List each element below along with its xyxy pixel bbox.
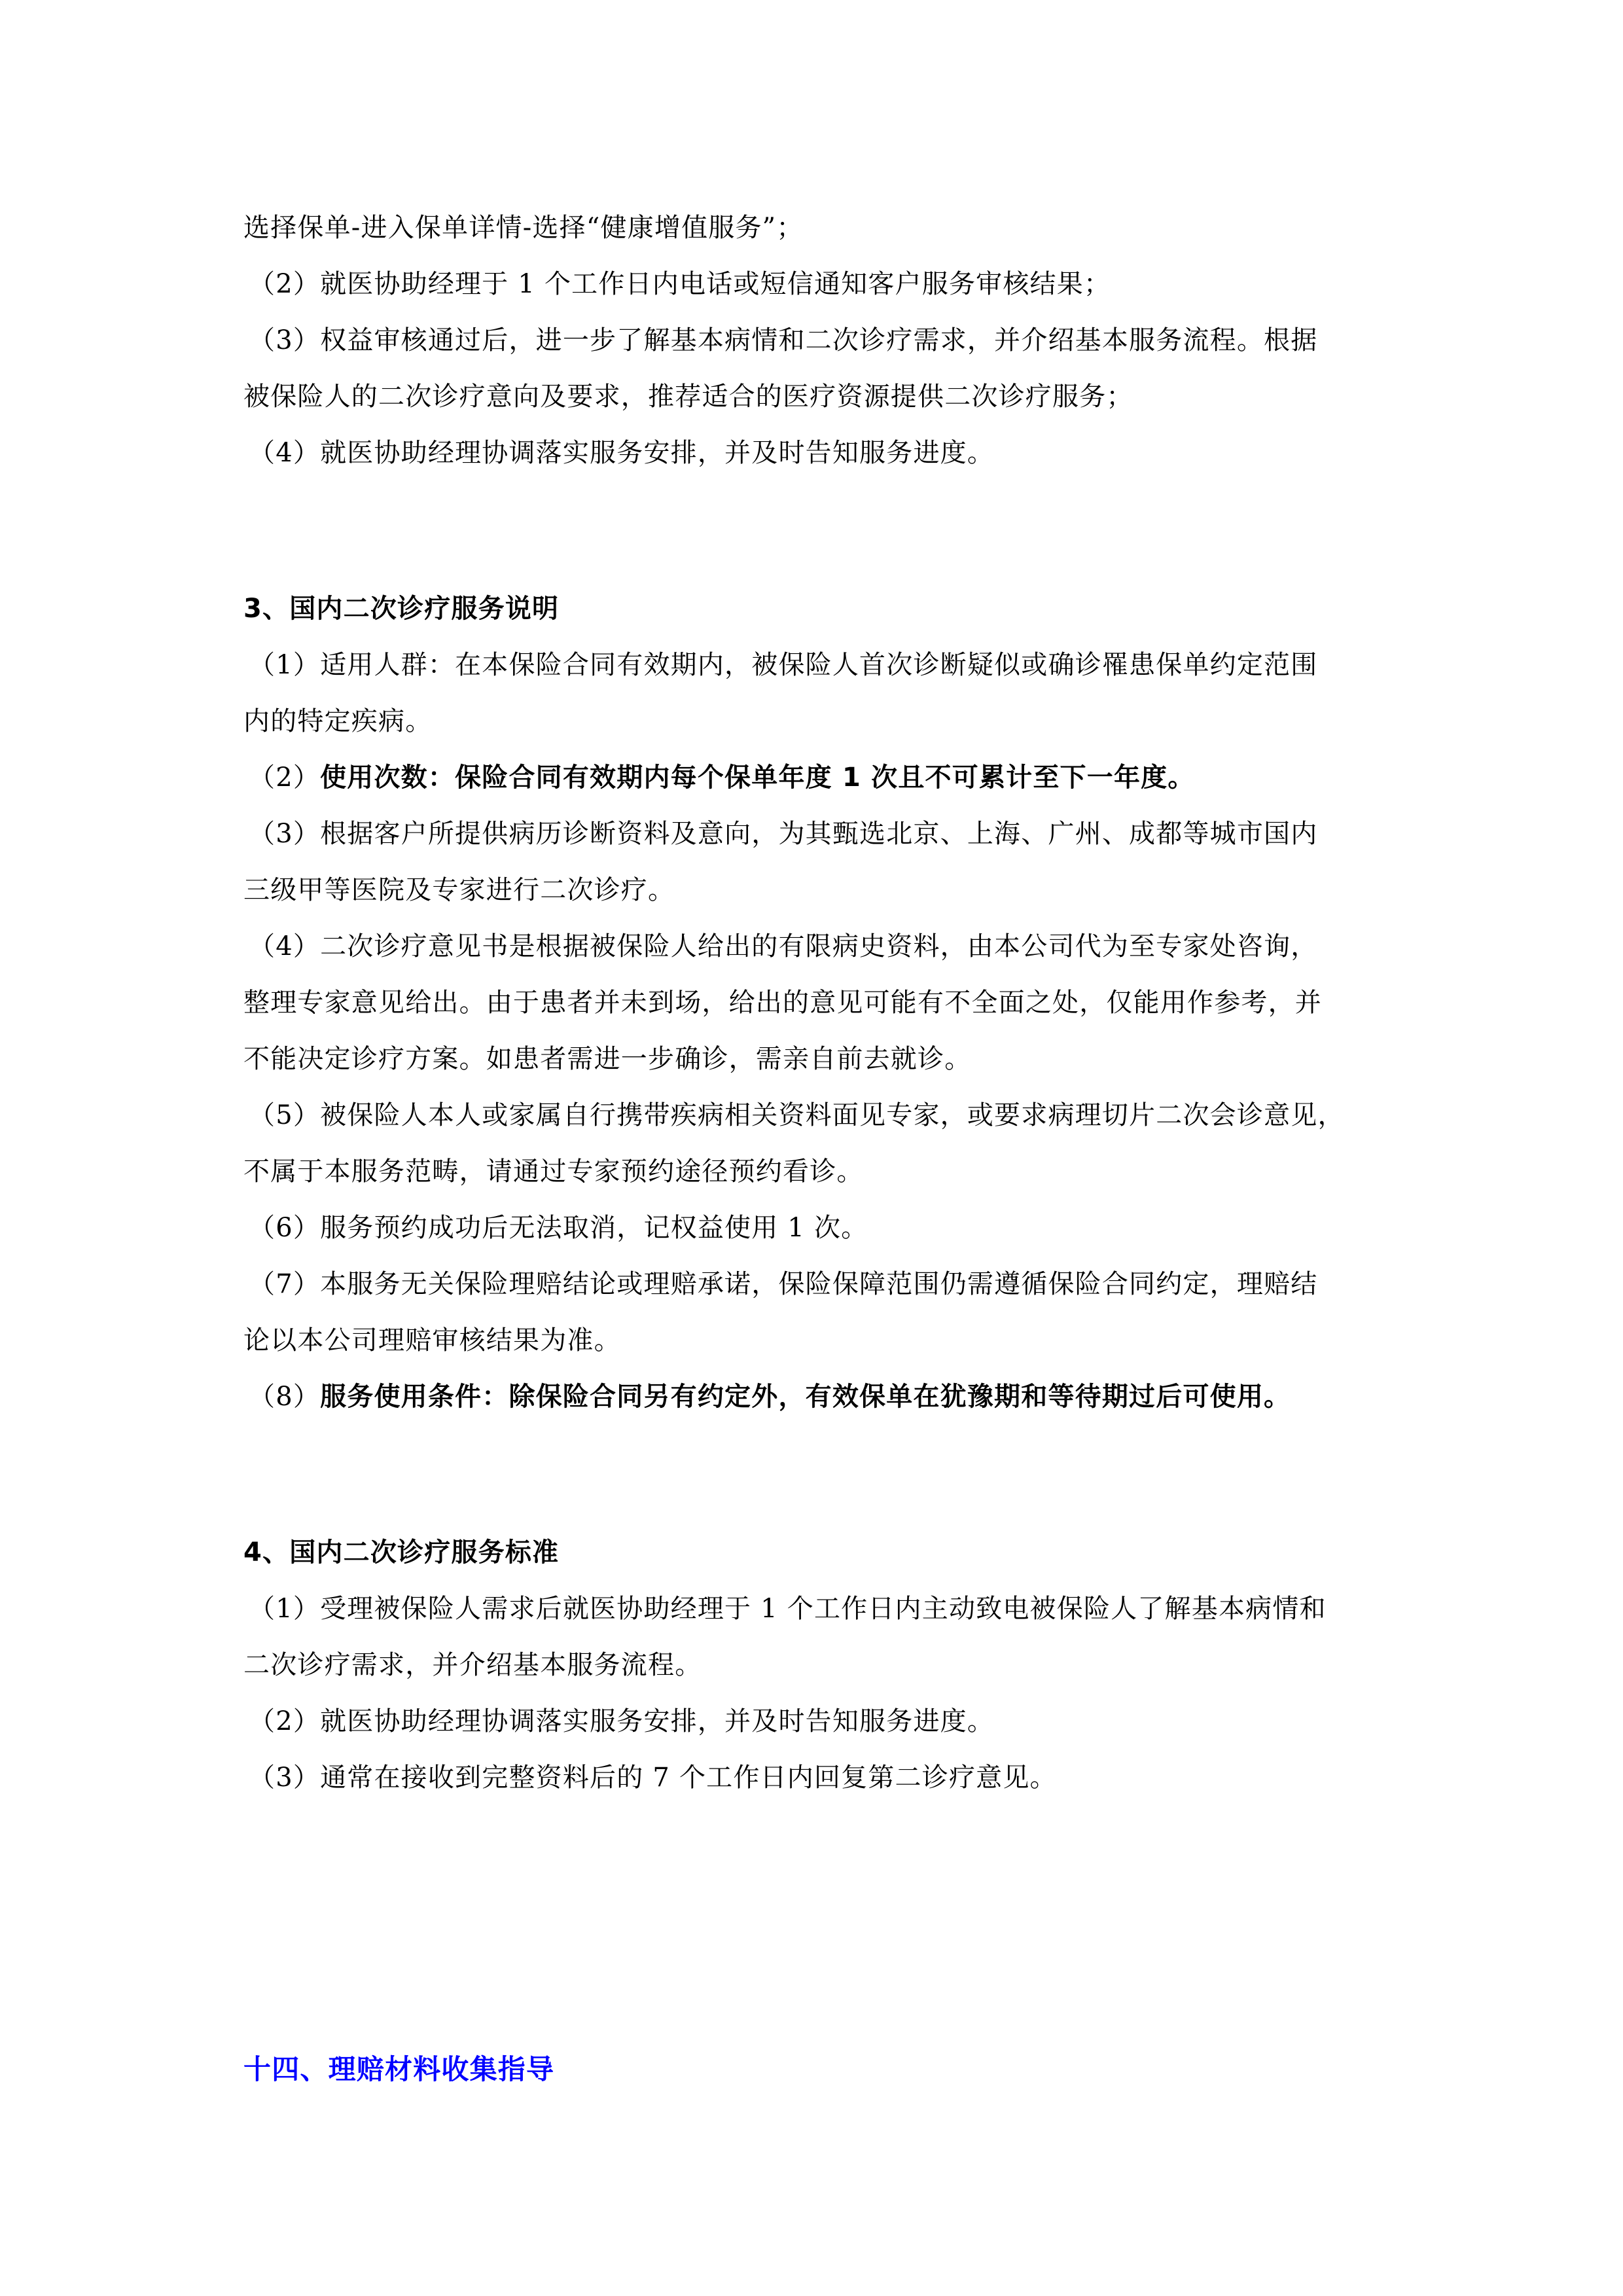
item-text: 二次诊疗意见书是根据被保险人给出的有限病史资料，由本公司代为至专家处咨询， bbox=[320, 931, 1317, 961]
list-item: （7）本服务无关保险理赔结论或理赔承诺，保险保障范围仍需遵循保险合同约定，理赔结 bbox=[249, 1266, 1370, 1302]
item-number: （2） bbox=[249, 762, 320, 793]
item-number: （4） bbox=[249, 438, 320, 468]
item-number: （8） bbox=[249, 1382, 320, 1412]
paragraph-line: 不属于本服务范畴，请通过专家预约途径预约看诊。 bbox=[243, 1153, 1365, 1190]
item-number: （7） bbox=[249, 1269, 320, 1299]
item-number: （2） bbox=[249, 1706, 320, 1736]
list-item: （2）就医协助经理于 1 个工作日内电话或短信通知客户服务审核结果； bbox=[249, 266, 1370, 302]
list-item: （2）就医协助经理协调落实服务安排，并及时告知服务进度。 bbox=[249, 1703, 1370, 1740]
paragraph-line: 三级甲等医院及专家进行二次诊疗。 bbox=[243, 872, 1365, 908]
list-item: （6）服务预约成功后无法取消，记权益使用 1 次。 bbox=[249, 1210, 1370, 1246]
item-number: （6） bbox=[249, 1213, 320, 1243]
item-text: 适用人群：在本保险合同有效期内，被保险人首次诊断疑似或确诊罹患保单约定范围 bbox=[320, 650, 1317, 680]
paragraph-line: 整理专家意见给出。由于患者并未到场，给出的意见可能有不全面之处，仅能用作参考，并 bbox=[243, 984, 1365, 1021]
list-item: （1）受理被保险人需求后就医协助经理于 1 个工作日内主动致电被保险人了解基本病… bbox=[249, 1590, 1370, 1627]
section-heading: 3、国内二次诊疗服务说明 bbox=[243, 590, 1365, 627]
item-number: （1） bbox=[249, 650, 320, 680]
paragraph-line: 内的特定疾病。 bbox=[243, 703, 1365, 740]
list-item: （4）二次诊疗意见书是根据被保险人给出的有限病史资料，由本公司代为至专家处咨询， bbox=[249, 928, 1370, 965]
paragraph-line: 选择保单-进入保单详情-选择“健康增值服务”； bbox=[243, 209, 1365, 246]
item-text: 根据客户所提供病历诊断资料及意向，为其甄选北京、上海、广州、成都等城市国内 bbox=[320, 819, 1317, 849]
item-text: 就医协助经理协调落实服务安排，并及时告知服务进度。 bbox=[320, 438, 994, 468]
section-heading: 4、国内二次诊疗服务标准 bbox=[243, 1534, 1365, 1571]
paragraph-line: 不能决定诊疗方案。如患者需进一步确诊，需亲自前去就诊。 bbox=[243, 1041, 1365, 1077]
item-text-bold: 服务使用条件：除保险合同另有约定外，有效保单在犹豫期和等待期过后可使用。 bbox=[320, 1382, 1291, 1412]
item-number: （4） bbox=[249, 931, 320, 961]
item-text: 服务预约成功后无法取消，记权益使用 1 次。 bbox=[320, 1213, 868, 1243]
list-item: （3）权益审核通过后，进一步了解基本病情和二次诊疗需求，并介绍基本服务流程。根据 bbox=[249, 322, 1370, 359]
item-number: （3） bbox=[249, 325, 320, 355]
paragraph-line: 论以本公司理赔审核结果为准。 bbox=[243, 1322, 1365, 1359]
item-text: 受理被保险人需求后就医协助经理于 1 个工作日内主动致电被保险人了解基本病情和 bbox=[320, 1594, 1327, 1624]
list-item: （3）通常在接收到完整资料后的 7 个工作日内回复第二诊疗意见。 bbox=[249, 1759, 1370, 1796]
item-number: （3） bbox=[249, 1763, 320, 1793]
list-item: （1）适用人群：在本保险合同有效期内，被保险人首次诊断疑似或确诊罹患保单约定范围 bbox=[249, 647, 1370, 683]
item-text: 通常在接收到完整资料后的 7 个工作日内回复第二诊疗意见。 bbox=[320, 1763, 1057, 1793]
item-text: 本服务无关保险理赔结论或理赔承诺，保险保障范围仍需遵循保险合同约定，理赔结 bbox=[320, 1269, 1317, 1299]
item-text: 权益审核通过后，进一步了解基本病情和二次诊疗需求，并介绍基本服务流程。根据 bbox=[320, 325, 1317, 355]
item-number: （3） bbox=[249, 819, 320, 849]
item-text: 就医协助经理协调落实服务安排，并及时告知服务进度。 bbox=[320, 1706, 994, 1736]
list-item: （2）使用次数：保险合同有效期内每个保单年度 1 次且不可累计至下一年度。 bbox=[249, 759, 1370, 796]
item-text: 被保险人本人或家属自行携带疾病相关资料面见专家，或要求病理切片二次会诊意见， bbox=[320, 1100, 1345, 1130]
item-number: （1） bbox=[249, 1594, 320, 1624]
item-text-bold: 使用次数：保险合同有效期内每个保单年度 1 次且不可累计至下一年度。 bbox=[320, 762, 1194, 793]
item-number: （5） bbox=[249, 1100, 320, 1130]
paragraph-line: 被保险人的二次诊疗意向及要求，推荐适合的医疗资源提供二次诊疗服务； bbox=[243, 378, 1365, 415]
chapter-heading: 十四、理赔材料收集指导 bbox=[243, 2051, 1365, 2088]
item-text: 就医协助经理于 1 个工作日内电话或短信通知客户服务审核结果； bbox=[320, 269, 1111, 299]
list-item: （8）服务使用条件：除保险合同另有约定外，有效保单在犹豫期和等待期过后可使用。 bbox=[249, 1378, 1370, 1415]
list-item: （4）就医协助经理协调落实服务安排，并及时告知服务进度。 bbox=[249, 435, 1370, 471]
list-item: （3）根据客户所提供病历诊断资料及意向，为其甄选北京、上海、广州、成都等城市国内 bbox=[249, 816, 1370, 852]
paragraph-line: 二次诊疗需求，并介绍基本服务流程。 bbox=[243, 1647, 1365, 1683]
list-item: （5）被保险人本人或家属自行携带疾病相关资料面见专家，或要求病理切片二次会诊意见… bbox=[249, 1097, 1370, 1134]
item-number: （2） bbox=[249, 269, 320, 299]
